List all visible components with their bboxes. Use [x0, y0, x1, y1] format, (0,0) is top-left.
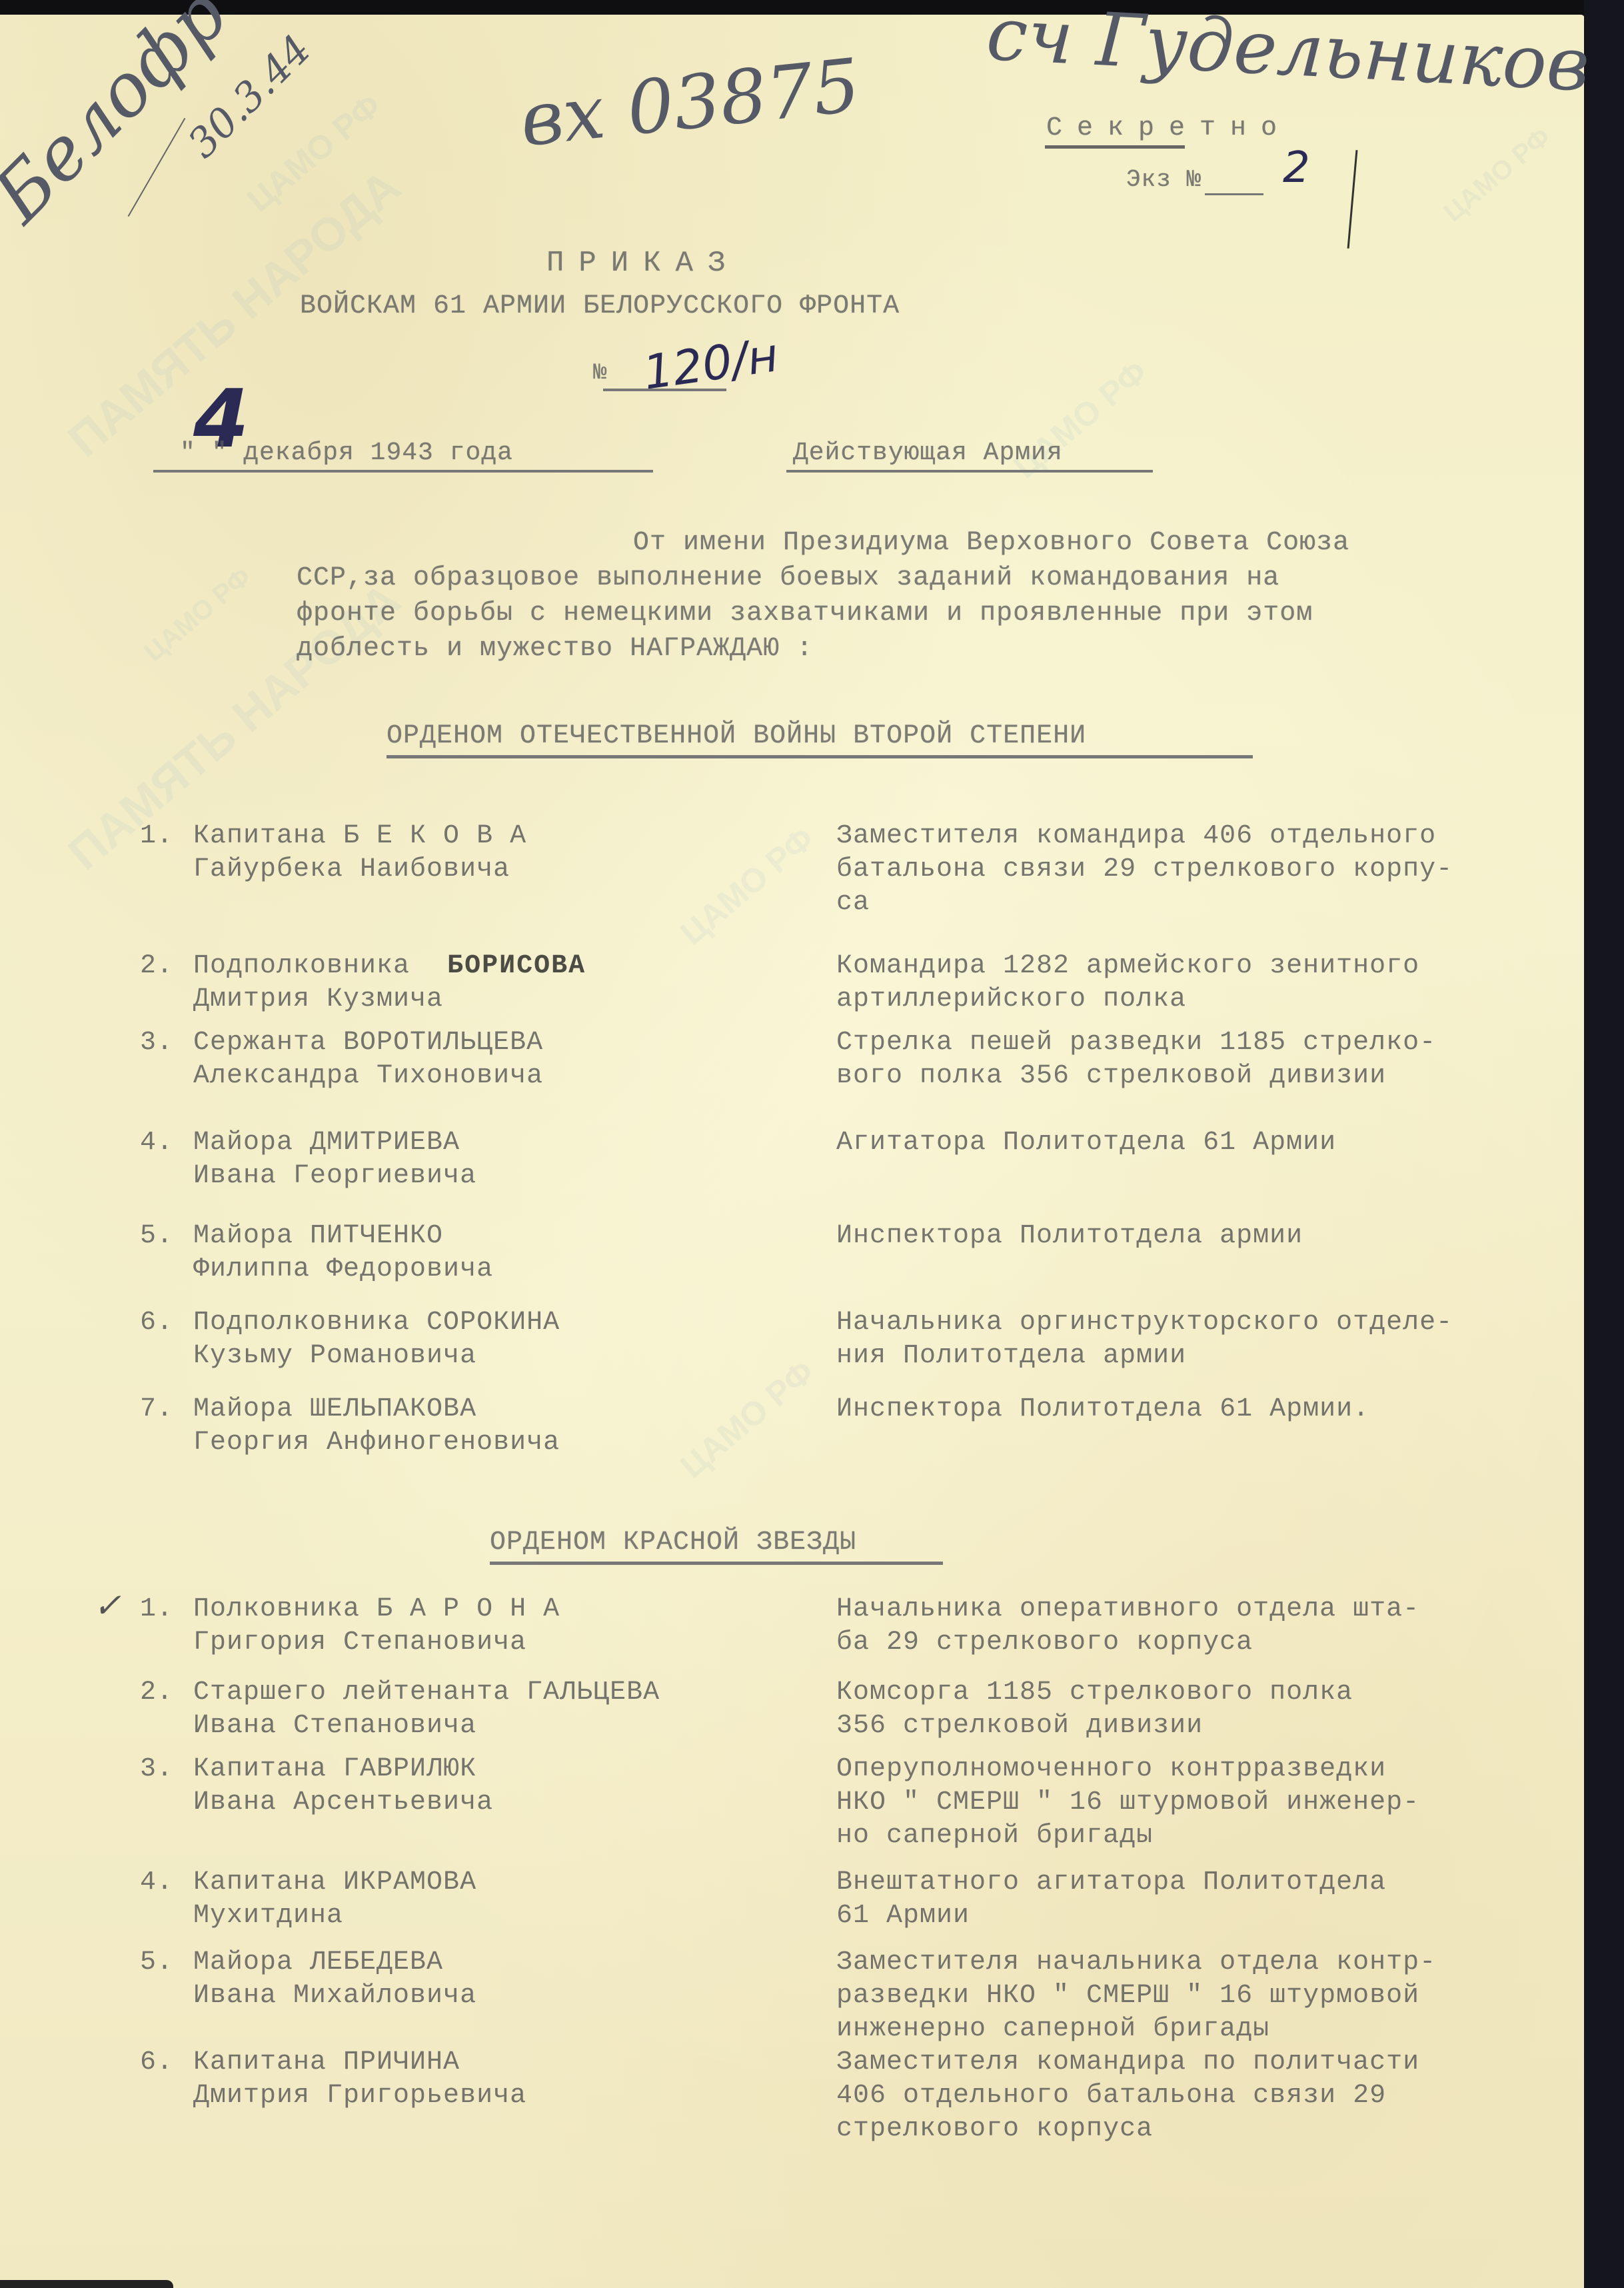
- copy-number-underline: [1205, 193, 1263, 195]
- section-heading-underline: [387, 755, 1253, 758]
- position-line: артиллерийского полка: [836, 983, 1556, 1016]
- section-heading-patriotic-war-2: ОРДЕНОМ ОТЕЧЕСТВЕННОЙ ВОЙНЫ ВТОРОЙ СТЕПЕ…: [387, 720, 1086, 753]
- order-title: ПРИКАЗ: [546, 247, 740, 280]
- position-line: разведки НКО " СМЕРШ " 16 штурмовой: [836, 1979, 1556, 2013]
- position-line: Заместителя начальника отдела контр-: [836, 1946, 1556, 1979]
- preamble-line-2: ССР,за образцовое выполнение боевых зада…: [297, 562, 1279, 595]
- recipient-position: Начальника оперативного отдела шта-ба 29…: [836, 1593, 1556, 1660]
- recipient-position: Стрелка пешей разведки 1185 стрелко-вого…: [836, 1026, 1556, 1093]
- position-line: Инспектора Политотдела 61 Армии.: [836, 1393, 1556, 1426]
- order-date: " " декабря 1943 года: [180, 437, 513, 470]
- position-line: са: [836, 886, 1556, 920]
- award-entry-name: 1.Капитана Б Е К О В АГайурбека Наибович…: [140, 820, 806, 886]
- recipient-rank: Майора ДМИТРИЕВА: [193, 1128, 460, 1158]
- position-line: инженерно саперной бригады: [836, 2013, 1556, 2046]
- recipient-rank-surname: 2.Старшего лейтенанта ГАЛЬЦЕВА: [140, 1676, 806, 1710]
- recipient-rank-surname: 6.Капитана ПРИЧИНА: [140, 2046, 806, 2079]
- recipient-rank-surname: 1.Полковника Б А Р О Н А: [140, 1593, 806, 1626]
- award-entry-name: 5.Майора ПИТЧЕНКОФилиппа Федоровича: [140, 1220, 806, 1286]
- scan-corner-shadow: [0, 2280, 173, 2288]
- entry-number: 1.: [140, 820, 193, 853]
- award-entry-name: 6.Капитана ПРИЧИНАДмитрия Григорьевича: [140, 2046, 806, 2113]
- recipient-position: Заместителя начальника отдела контр-разв…: [836, 1946, 1556, 2046]
- entry-number: 2.: [140, 1676, 193, 1710]
- recipient-rank-surname: 3.Капитана ГАВРИЛЮК: [140, 1753, 806, 1786]
- recipient-position: Комсорга 1185 стрелкового полка356 стрел…: [836, 1676, 1556, 1743]
- recipient-position: Инспектора Политотдела 61 Армии.: [836, 1393, 1556, 1426]
- position-line: Заместителя командира 406 отдельного: [836, 820, 1556, 853]
- position-line: 61 Армии: [836, 1899, 1556, 1933]
- recipient-given-name: Филиппа Федоровича: [140, 1253, 806, 1286]
- award-entry-name: 4.Майора ДМИТРИЕВАИвана Георгиевича: [140, 1126, 806, 1193]
- entry-number: 1.: [140, 1593, 193, 1626]
- classification-underline: [1045, 145, 1185, 149]
- recipient-given-name: Кузьму Романовича: [140, 1340, 806, 1373]
- position-line: но саперной бригады: [836, 1819, 1556, 1853]
- order-subtitle: ВОЙСКАМ 61 АРМИИ БЕЛОРУССКОГО ФРОНТА: [300, 290, 900, 323]
- recipient-given-name: Дмитрия Григорьевича: [140, 2079, 806, 2113]
- recipient-rank-surname: 3.Сержанта ВОРОТИЛЬЦЕВА: [140, 1026, 806, 1060]
- recipient-surname-stamp: БОРИСОВА: [430, 951, 586, 981]
- recipient-rank: Сержанта ВОРОТИЛЬЦЕВА: [193, 1028, 543, 1058]
- position-line: Инспектора Политотдела армии: [836, 1220, 1556, 1253]
- entry-number: 4.: [140, 1126, 193, 1160]
- award-entry-name: 3.Сержанта ВОРОТИЛЬЦЕВААлександра Тихоно…: [140, 1026, 806, 1093]
- recipient-rank-surname: 7.Майора ШЕЛЬПАКОВА: [140, 1393, 806, 1426]
- entry-number: 7.: [140, 1393, 193, 1426]
- recipient-rank: Подполковника СОРОКИНА: [193, 1308, 560, 1338]
- recipient-position: Заместителя командира по политчасти406 о…: [836, 2046, 1556, 2146]
- recipient-given-name: Ивана Михайловича: [140, 1979, 806, 2013]
- recipient-rank: Майора ЛЕБЕДЕВА: [193, 1947, 443, 1977]
- copy-number: 2: [1283, 143, 1310, 193]
- preamble-line-1: От имени Президиума Верховного Совета Со…: [633, 527, 1349, 560]
- award-entry-name: 3.Капитана ГАВРИЛЮКИвана Арсентьевича: [140, 1753, 806, 1819]
- position-line: НКО " СМЕРШ " 16 штурмовой инженер-: [836, 1786, 1556, 1819]
- recipient-given-name: Ивана Арсентьевича: [140, 1786, 806, 1819]
- date-underline: [153, 470, 653, 473]
- place-underline: [786, 470, 1153, 473]
- position-line: ния Политотдела армии: [836, 1340, 1556, 1373]
- position-line: Оперуполномоченного контрразведки: [836, 1753, 1556, 1786]
- recipient-rank: Майора ПИТЧЕНКО: [193, 1221, 443, 1251]
- recipient-position: Начальника оргинструкторского отделе-ния…: [836, 1306, 1556, 1373]
- recipient-rank-surname: 5.Майора ЛЕБЕДЕВА: [140, 1946, 806, 1979]
- copy-label: Экз №: [1126, 163, 1202, 197]
- recipient-rank-surname: 4.Капитана ИКРАМОВА: [140, 1866, 806, 1899]
- recipient-position: Агитатора Политотдела 61 Армии: [836, 1126, 1556, 1160]
- position-line: 406 отдельного батальона связи 29: [836, 2079, 1556, 2113]
- recipient-rank-surname: 5.Майора ПИТЧЕНКО: [140, 1220, 806, 1253]
- award-entry-name: 4.Капитана ИКРАМОВАМухитдина: [140, 1866, 806, 1933]
- position-line: стрелкового корпуса: [836, 2113, 1556, 2146]
- award-entry-name: 7.Майора ШЕЛЬПАКОВАГеоргия Анфиногенович…: [140, 1393, 806, 1460]
- entry-number: 6.: [140, 1306, 193, 1340]
- order-number-underline: [603, 389, 726, 391]
- recipient-given-name: Григория Степановича: [140, 1626, 806, 1660]
- recipient-rank-surname: 2.Подполковника БОРИСОВА: [140, 950, 806, 983]
- recipient-rank-surname: 1.Капитана Б Е К О В А: [140, 820, 806, 853]
- entry-number: 6.: [140, 2046, 193, 2079]
- award-entry-name: 5.Майора ЛЕБЕДЕВАИвана Михайловича: [140, 1946, 806, 2013]
- recipient-position: Внештатного агитатора Политотдела61 Арми…: [836, 1866, 1556, 1933]
- position-line: Агитатора Политотдела 61 Армии: [836, 1126, 1556, 1160]
- recipient-given-name: Ивана Степановича: [140, 1710, 806, 1743]
- recipient-position: Заместителя командира 406 отдельногобата…: [836, 820, 1556, 920]
- position-line: вого полка 356 стрелковой дивизии: [836, 1060, 1556, 1093]
- recipient-position: Оперуполномоченного контрразведкиНКО " С…: [836, 1753, 1556, 1853]
- preamble-line-3: фронте борьбы с немецкими захватчиками и…: [297, 597, 1313, 630]
- order-number-label: №: [593, 357, 607, 390]
- recipient-rank: Капитана Б Е К О В А: [193, 821, 526, 851]
- recipient-rank: Старшего лейтенанта ГАЛЬЦЕВА: [193, 1678, 660, 1708]
- recipient-given-name: Дмитрия Кузмича: [140, 983, 806, 1016]
- recipient-rank: Полковника Б А Р О Н А: [193, 1594, 560, 1624]
- entry-number: 5.: [140, 1220, 193, 1253]
- position-line: Начальника оргинструкторского отделе-: [836, 1306, 1556, 1340]
- section-heading-underline: [490, 1562, 943, 1565]
- recipient-rank: Подполковника: [193, 951, 410, 981]
- position-line: ба 29 стрелкового корпуса: [836, 1626, 1556, 1660]
- entry-number: 2.: [140, 950, 193, 983]
- award-entry-name: 6.Подполковника СОРОКИНАКузьму Романович…: [140, 1306, 806, 1373]
- recipient-given-name: Гайурбека Наибовича: [140, 853, 806, 886]
- classification-stamp: Секретно: [1046, 112, 1291, 145]
- recipient-given-name: Мухитдина: [140, 1899, 806, 1933]
- recipient-position: Командира 1282 армейского зенитногоартил…: [836, 950, 1556, 1016]
- position-line: Заместителя командира по политчасти: [836, 2046, 1556, 2079]
- position-line: батальона связи 29 стрелкового корпу-: [836, 853, 1556, 886]
- position-line: Начальника оперативного отдела шта-: [836, 1593, 1556, 1626]
- scan-border-right: [1584, 0, 1624, 2288]
- recipient-given-name: Георгия Анфиногеновича: [140, 1426, 806, 1460]
- recipient-rank: Капитана ГАВРИЛЮК: [193, 1754, 476, 1784]
- recipient-rank: Капитана ПРИЧИНА: [193, 2047, 460, 2077]
- recipient-rank-surname: 4.Майора ДМИТРИЕВА: [140, 1126, 806, 1160]
- recipient-rank-surname: 6.Подполковника СОРОКИНА: [140, 1306, 806, 1340]
- position-line: Командира 1282 армейского зенитного: [836, 950, 1556, 983]
- award-entry-name: 2.Подполковника БОРИСОВАДмитрия Кузмича: [140, 950, 806, 1016]
- position-line: Стрелка пешей разведки 1185 стрелко-: [836, 1026, 1556, 1060]
- award-entry-name: 1.Полковника Б А Р О Н АГригория Степано…: [140, 1593, 806, 1660]
- recipient-given-name: Ивана Георгиевича: [140, 1160, 806, 1193]
- recipient-position: Инспектора Политотдела армии: [836, 1220, 1556, 1253]
- entry-number: 4.: [140, 1866, 193, 1899]
- recipient-rank: Капитана ИКРАМОВА: [193, 1867, 476, 1897]
- award-entry-name: 2.Старшего лейтенанта ГАЛЬЦЕВАИвана Степ…: [140, 1676, 806, 1743]
- preamble-line-4: доблесть и мужество НАГРАЖДАЮ :: [297, 632, 813, 666]
- handwritten-tick: ✓: [93, 1586, 121, 1625]
- recipient-given-name: Александра Тихоновича: [140, 1060, 806, 1093]
- position-line: Внештатного агитатора Политотдела: [836, 1866, 1556, 1899]
- section-heading-red-star: ОРДЕНОМ КРАСНОЙ ЗВЕЗДЫ: [490, 1526, 856, 1560]
- entry-number: 3.: [140, 1026, 193, 1060]
- recipient-rank: Майора ШЕЛЬПАКОВА: [193, 1394, 476, 1424]
- entry-number: 5.: [140, 1946, 193, 1979]
- position-line: Комсорга 1185 стрелкового полка: [836, 1676, 1556, 1710]
- entry-number: 3.: [140, 1753, 193, 1786]
- position-line: 356 стрелковой дивизии: [836, 1710, 1556, 1743]
- order-place: Действующая Армия: [793, 437, 1063, 470]
